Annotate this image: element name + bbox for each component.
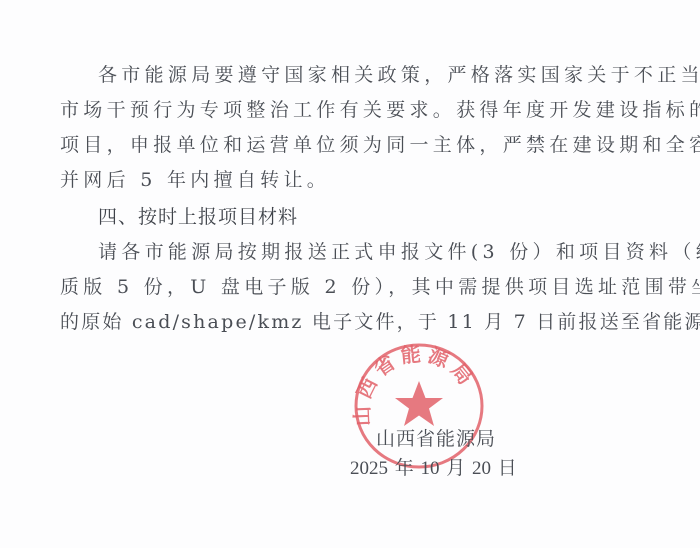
issue-date: 2025 年 10 月 20 日	[350, 457, 517, 481]
paragraph-2-line-2: 质版 5 份，U 盘电子版 2 份），其中需提供项目选址范围带坐标	[60, 275, 620, 299]
section-heading: 四、按时上报项目材料	[98, 205, 298, 229]
star-icon	[395, 381, 443, 426]
document-page: 各市能源局要遵守国家相关政策，严格落实国家关于不正当 市场干预行为专项整治工作有…	[0, 0, 700, 548]
paragraph-1-line-2: 市场干预行为专项整治工作有关要求。获得年度开发建设指标的	[60, 98, 620, 122]
paragraph-1-line-1: 各市能源局要遵守国家相关政策，严格落实国家关于不正当	[98, 63, 618, 87]
issuer-signature: 山西省能源局	[376, 427, 496, 451]
official-seal-stamp: 山西省能源局	[352, 341, 486, 471]
paragraph-1-line-3: 项目，申报单位和运营单位须为同一主体，严禁在建设期和全容量	[60, 133, 620, 157]
paragraph-1-line-4: 并网后 5 年内擅自转让。	[60, 168, 620, 192]
paragraph-2-line-1: 请各市能源局按期报送正式申报文件(3 份）和项目资料（纸	[98, 240, 618, 264]
paragraph-2-line-3: 的原始 cad/shape/kmz 电子文件，于 11 月 7 日前报送至省能源…	[60, 310, 620, 334]
